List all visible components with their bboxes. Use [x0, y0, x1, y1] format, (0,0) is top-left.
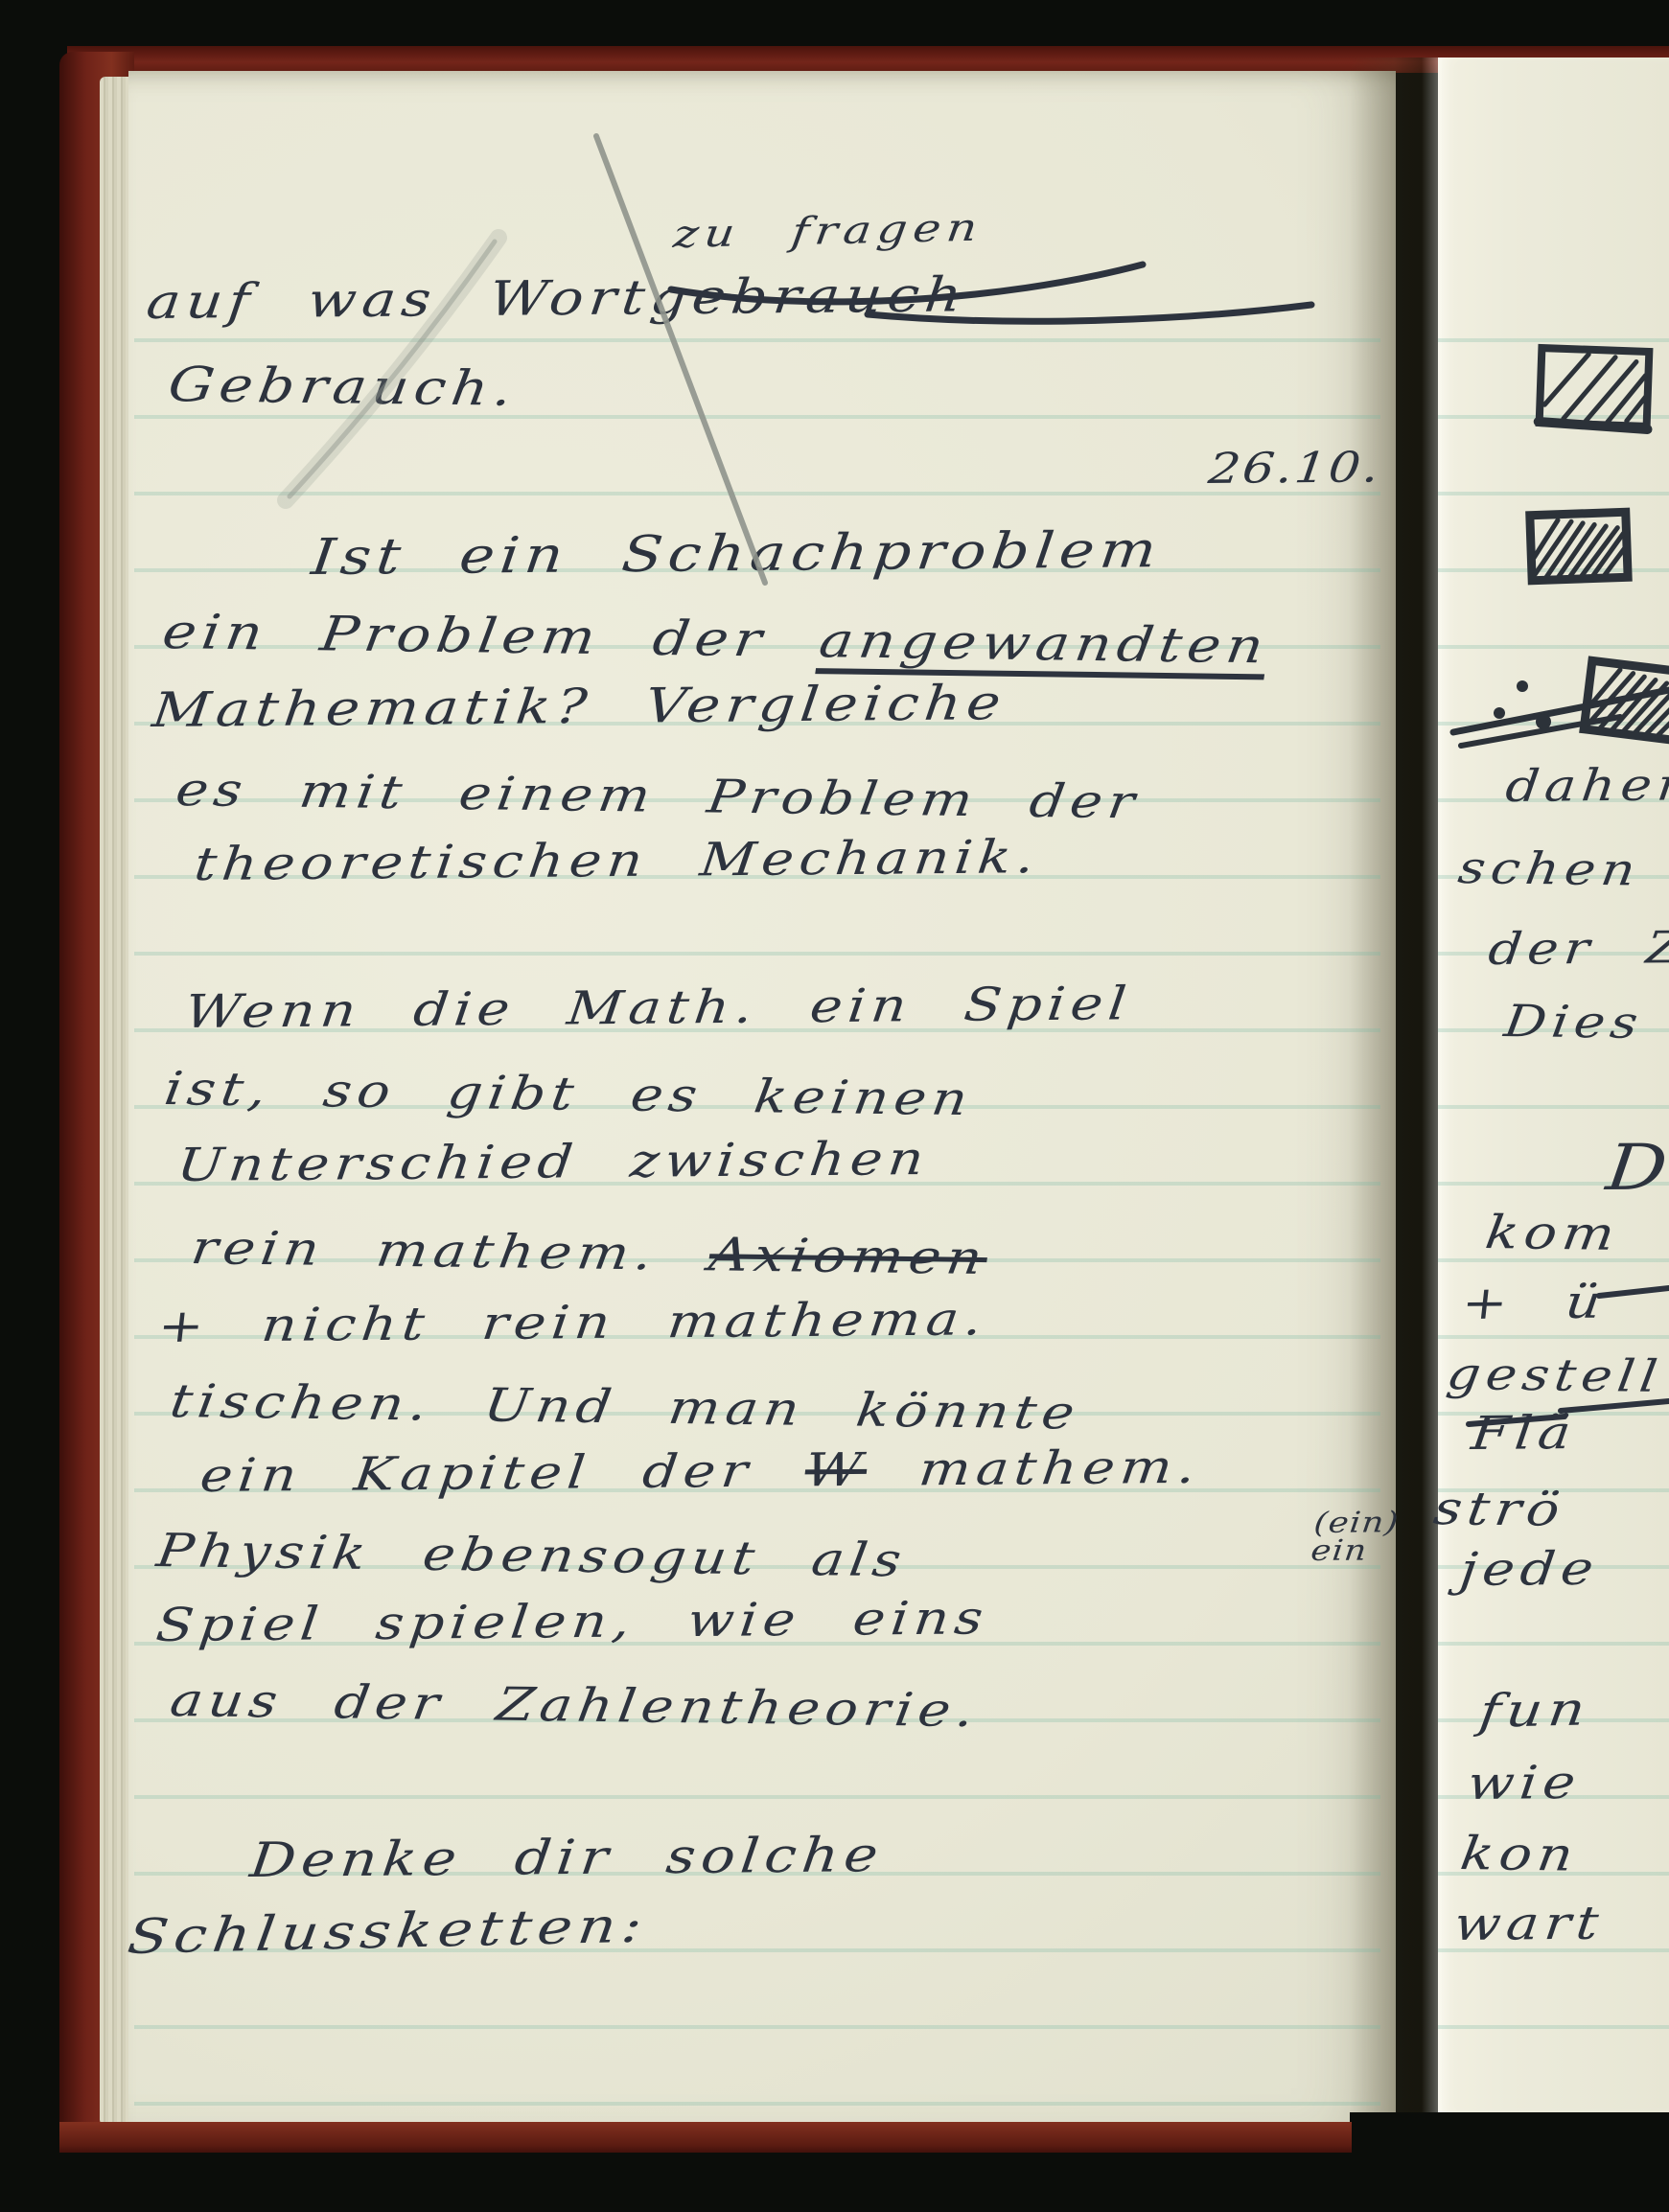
photo-background-bottom	[0, 2153, 1669, 2212]
book-cover-bottom-edge	[59, 2122, 1352, 2154]
ink-dot	[1517, 680, 1528, 692]
ink-dot	[1494, 707, 1505, 719]
photo-background-left	[0, 0, 59, 2212]
drawn-marks-layer	[0, 0, 1669, 2212]
notebook-photo: zu fragen auf was Wortgebrauch Gebrauch.…	[0, 0, 1669, 2212]
ink-dot	[1536, 714, 1551, 729]
ink-underline-flourishes	[671, 265, 1669, 1424]
photo-background-top	[0, 0, 1669, 46]
hatched-rectangle-dense	[1530, 512, 1628, 580]
hatched-rectangle	[1539, 348, 1651, 429]
pencil-cross-stroke	[286, 136, 765, 583]
